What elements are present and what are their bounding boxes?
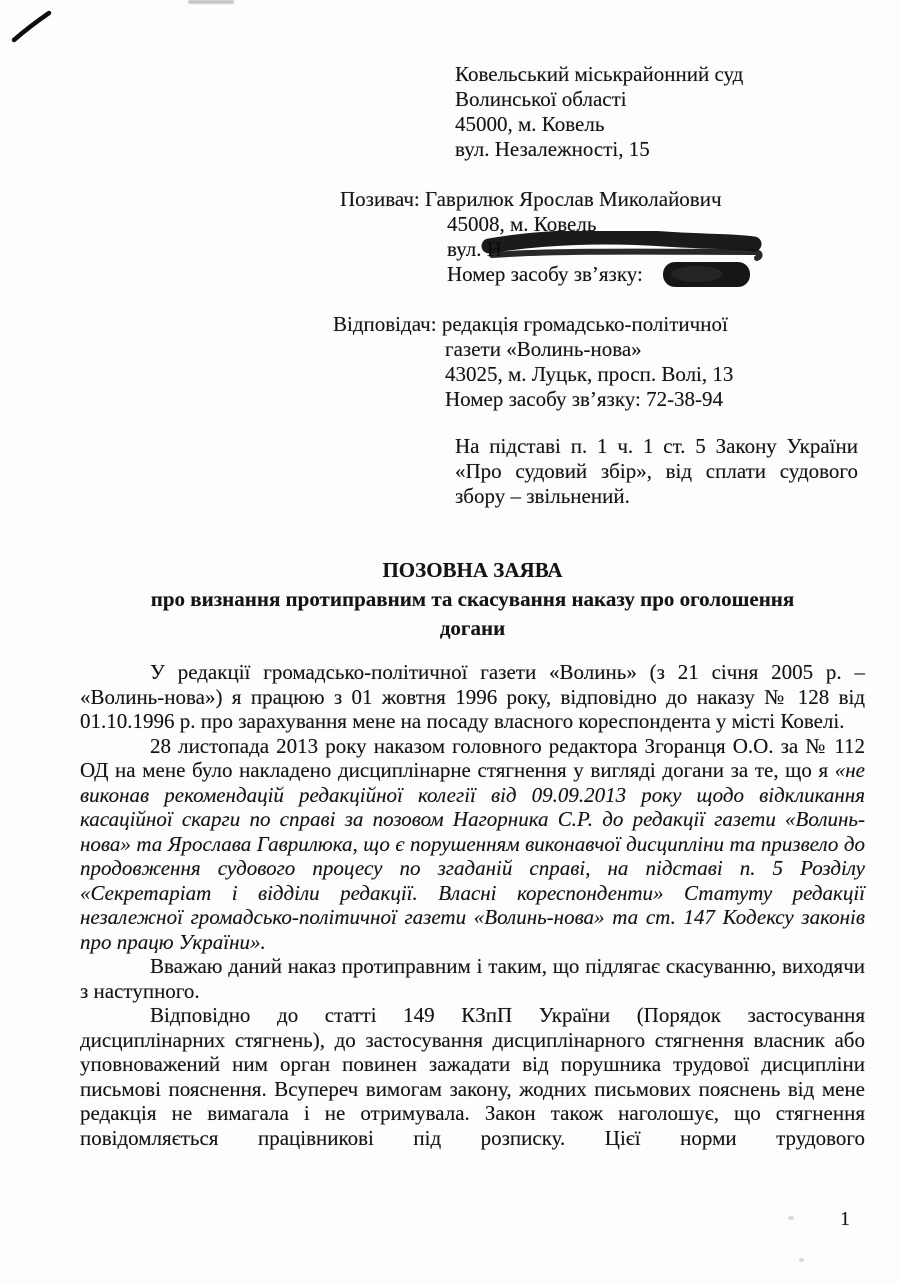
- scanned-document-page: Ковельський міськрайонний суд Волинської…: [0, 0, 900, 1283]
- document-subtitle-line: догани: [440, 616, 505, 640]
- document-subtitle-line: про визнання протиправним та скасування …: [151, 587, 795, 611]
- paragraph-legal-grounds: Відповідно до статті 149 КЗпП України (П…: [80, 1003, 865, 1150]
- court-region-line: Волинської області: [455, 87, 627, 111]
- defendant-label: Відповідач:: [333, 312, 437, 336]
- court-postal-line: 45000, м. Ковель: [455, 112, 604, 136]
- document-title-main: ПОЗОВНА ЗАЯВА: [382, 558, 562, 582]
- paragraph-reprimand-order: 28 листопада 2013 року наказом головного…: [80, 734, 865, 955]
- order-quotation-italic: «не виконав рекомендацій редакційної кол…: [80, 758, 865, 954]
- court-address-block: Ковельський міськрайонний суд Волинської…: [455, 62, 743, 162]
- court-name-line: Ковельський міськрайонний суд: [455, 62, 743, 86]
- document-title: ПОЗОВНА ЗАЯВА про визнання протиправним …: [80, 556, 865, 643]
- defendant-line: 43025, м. Луцьк, просп. Волі, 13: [445, 362, 733, 386]
- paragraph-reprimand-intro: 28 листопада 2013 року наказом головного…: [80, 734, 865, 783]
- scan-smudge: [188, 0, 234, 4]
- paragraph-claim-statement: Вважаю даний наказ протиправним і таким,…: [80, 954, 865, 1003]
- plaintiff-phone-label: Номер засобу зв’язку:: [447, 262, 643, 286]
- document-body: У редакції громадсько-політичної газети …: [80, 660, 865, 1150]
- scan-speck: [788, 1216, 794, 1220]
- redaction-marker-phone: [659, 257, 755, 293]
- defendant-block: Відповідач: редакція громадсько-політичн…: [333, 312, 900, 412]
- defendant-line: Номер засобу зв’язку: 72-38-94: [445, 387, 723, 411]
- fee-exemption-note: На підставі п. 1 ч. 1 ст. 5 Закону Украї…: [455, 434, 858, 509]
- page-number: 1: [840, 1208, 850, 1231]
- court-street-line: вул. Незалежності, 15: [455, 137, 650, 161]
- defendant-line: газети «Волинь-нова»: [445, 337, 642, 361]
- plaintiff-label: Позивач:: [340, 187, 420, 211]
- plaintiff-name: Гаврилюк Ярослав Миколайович: [425, 187, 722, 211]
- pen-slash-mark: [8, 6, 58, 48]
- paragraph-employment-history: У редакції громадсько-політичної газети …: [80, 660, 865, 734]
- defendant-line: редакція громадсько-політичної: [442, 312, 728, 336]
- scan-speck: [799, 1258, 804, 1262]
